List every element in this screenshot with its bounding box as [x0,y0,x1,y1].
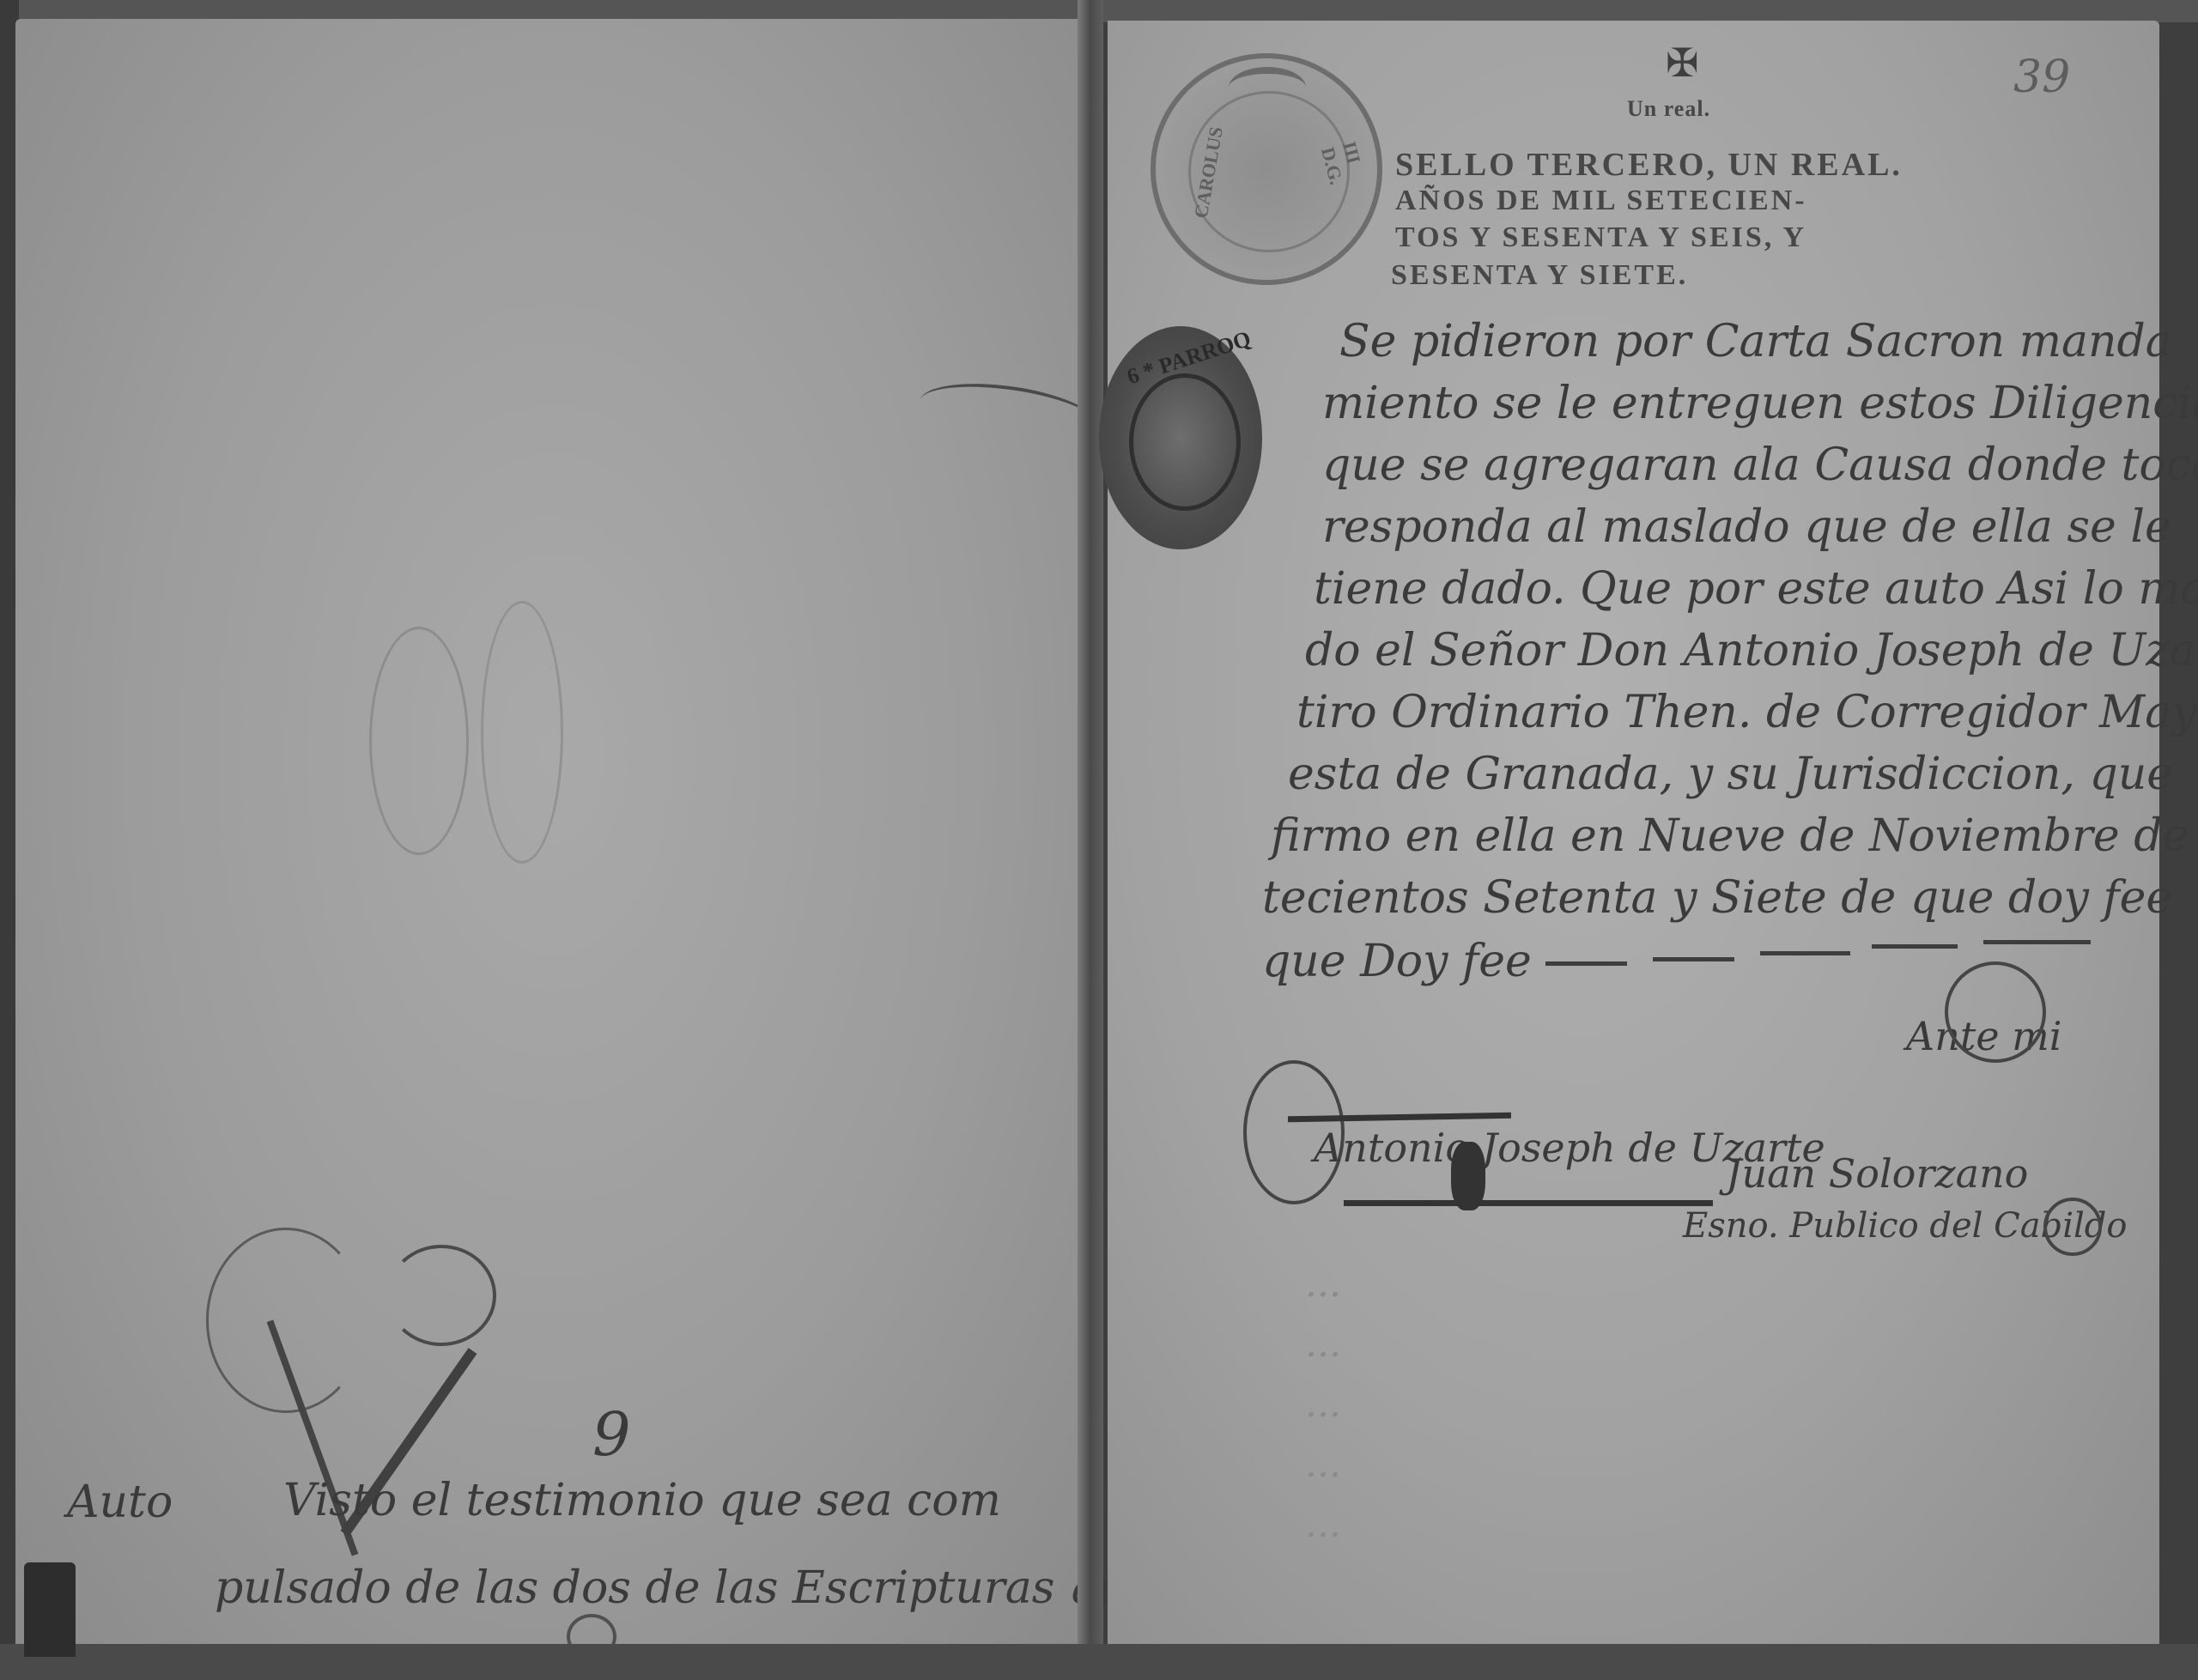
stamp-value: Un real. [1627,96,1710,122]
body-line-1: Se pidieron por Carta Sacron manda [1339,316,2172,367]
scan-bottom-edge [0,1644,2198,1680]
left-page-faint-flourish-2 [481,601,563,864]
body-line-9: firmo en ella en Nueve de Noviembre de m… [1271,810,2198,862]
body-line-10: tecientos Setenta y Siete de que doy fee [1262,872,2172,924]
folio-number: 39 [2013,52,2070,103]
stamp-header-line-3: TOS Y SESENTA Y SEIS, Y [1395,221,1806,254]
body-line-11: que Doy fee [1262,936,1532,987]
body-line-6: do el Señor Don Antonio Joseph de Uzarte… [1305,625,2198,676]
large-flourish-loop [386,1245,496,1346]
body-line-7: tiro Ordinario Then. de Corregidor Mayor… [1296,687,2198,738]
signature-underline [1344,1200,1713,1206]
bleed-through-line-4: ... [1305,1442,1341,1486]
body-line-4: responda al maslado que de ella se le [1322,501,2171,553]
left-page-faint-flourish [369,627,469,855]
left-margin-word: Auto [67,1477,173,1528]
manuscript-spread: 9 Auto Visto el testimonio que sea com p… [0,0,2198,1680]
bleed-through-line-3: ... [1305,1382,1341,1426]
body-line-5: tiene dado. Que por este auto Asi lo man [1314,563,2198,615]
book-gutter [1078,0,1103,1680]
royal-stamp: CAROLUS III D.G. [1151,53,1382,285]
body-line-3: que se agregaran ala Causa donde toca, [1322,440,2198,491]
bleed-through-line-5: ... [1305,1502,1341,1546]
stamp-header-line-4: SESENTA Y SIETE. [1391,259,1688,292]
body-line-8: esta de Granada, y su Jurisdiccion, que [1288,749,2173,800]
stamp-header-line-2: AÑOS DE MIL SETECIEN- [1395,185,1807,217]
large-flourish-letter [206,1228,366,1413]
left-bottom-line-1: Visto el testimonio que sea com [283,1475,1001,1526]
body-line-2: miento se le entreguen estos Diligencias… [1322,378,2198,429]
left-bottom-line-2: pulsado de las dos de las Escripturas qu… [215,1562,1152,1614]
closing-rule-4 [1872,944,1958,949]
signature-rubric [1451,1142,1485,1210]
bleed-through-line-2: ... [1305,1322,1341,1366]
closing-rule-3 [1760,951,1850,955]
wax-seal-emblem [1129,373,1241,511]
cross-icon: ✠ [1666,39,1699,86]
wax-seal: 6 * PARROQ [1099,326,1262,549]
closing-rule-1 [1545,961,1627,966]
bleed-through-line-1: ... [1305,1262,1341,1306]
closing-rule-2 [1653,957,1734,961]
left-page [15,19,1089,1654]
closing-rule-5 [1983,940,2091,944]
binding-clip [24,1562,76,1657]
signature-right: Juan Solorzano [1726,1150,2028,1197]
stamp-header-line-1: SELLO TERCERO, UN REAL. [1395,146,1903,184]
ante-mi-flourish [1945,961,2046,1063]
small-mark: 9 [592,1399,631,1470]
signature-right-flourish [2043,1198,2102,1256]
